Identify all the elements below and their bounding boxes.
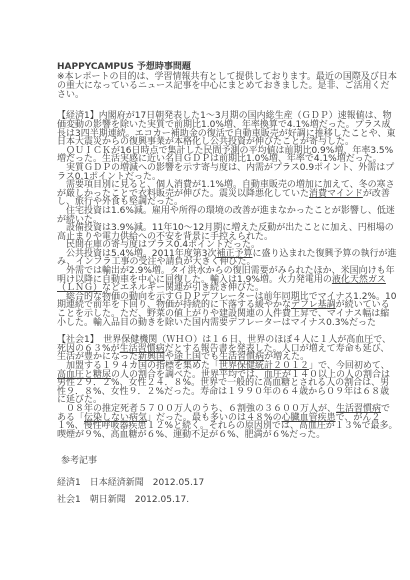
paragraph: 住宅投資は1.6%減。雇用や所得の環境の改善が進まなかったことが影響し、低迷が続… (57, 207, 398, 224)
document-page: HAPPYCAMPUS 予想時事問題 ※本レポートの目的は、学習情報共有として提… (0, 0, 410, 580)
paragraph: 総合的な物価の動向を示すＧＤＰデフレーターは前年同期比でマイナス1.2%。10期… (57, 293, 398, 327)
paragraph: 【経済1】内閣府が17日朝発表した1～3月期の国内総生産（ＧＤＰ）速報値は、物価… (57, 112, 398, 146)
references-list: 経済1 日本経済新聞 2012.05.17社会1 朝日新聞 2012.05.17… (57, 479, 398, 505)
paragraph: 需要項目別に見ると、個人消費が1.1%増。自動車販売の増加に加えて、冬の寒さが厳… (57, 181, 398, 207)
reference-item: 社会1 朝日新聞 2012.05.17. (57, 496, 398, 505)
article-economy-1: 【経済1】内閣府が17日朝発表した1～3月期の国内総生産（ＧＤＰ）速報値は、物価… (57, 112, 398, 327)
underlined-term: 世界保健統計２０１２ (219, 361, 309, 371)
underlined-term: 心臓血管疾患 (282, 413, 336, 423)
underlined-term: 伝染しない病気 (84, 413, 147, 423)
paragraph: ＱＵＩＣＫが16日時点で集計した民間予測の平均値は前期比0.9%増、年率3.5%… (57, 147, 398, 164)
paragraph: 設備投資は3.9%減。11年10～12月期に増えた反動が出たことに加え、円相場の… (57, 224, 398, 241)
underlined-term: デフレ基調 (291, 300, 336, 310)
document-content: HAPPYCAMPUS 予想時事問題 ※本レポートの目的は、学習情報共有として提… (57, 63, 398, 505)
paragraph: 【社会1】 世界保健機関（ＷＨＯ）は１６日、世界のほぼ４人に１人が高血圧で、死因… (57, 336, 398, 362)
reference-item: 経済1 日本経済新聞 2012.05.17 (57, 479, 398, 488)
report-notice: ※本レポートの目的は、学習情報共有として提供しております。最近の国際及び日本の重… (57, 73, 398, 99)
paragraph: 外需では輸出が2.9%増。タイ洪水からの復旧需要がみられたほか、米国向けも年明け… (57, 267, 398, 293)
paragraph: 加盟する１９４カ国の指標を集めた「世界保健統計２０１２」で、今回初めて、高血圧と… (57, 362, 398, 405)
underlined-term: 生活習慣病 (336, 404, 381, 414)
underlined-term: 高血圧と糖尿 (57, 370, 111, 380)
report-title: HAPPYCAMPUS 予想時事問題 (57, 63, 398, 72)
paragraph: ０８年の推定死者５７００万人のうち、６割強の３６００万人が、生活習慣病である「伝… (57, 405, 398, 439)
article-society-1: 【社会1】 世界保健機関（ＷＨＯ）は１６日、世界のほぼ４人に１人が高血圧で、死因… (57, 336, 398, 439)
references-heading: 参考記事 (61, 457, 398, 466)
paragraph: 公共投資は5.4%増。2011年度第3次補正予算に盛り込まれた復興予算の執行が進… (57, 250, 398, 267)
paragraph: 実質ＧＤＰの増減への影響を示す寄与度は、内需がプラス0.9ポイント、外需はプラス… (57, 164, 398, 181)
underlined-term: 液化天然ガス（ＬＮＧ） (57, 275, 386, 294)
underlined-term: 補正予算 (217, 249, 253, 259)
underlined-term: 消費マインド (309, 189, 363, 199)
